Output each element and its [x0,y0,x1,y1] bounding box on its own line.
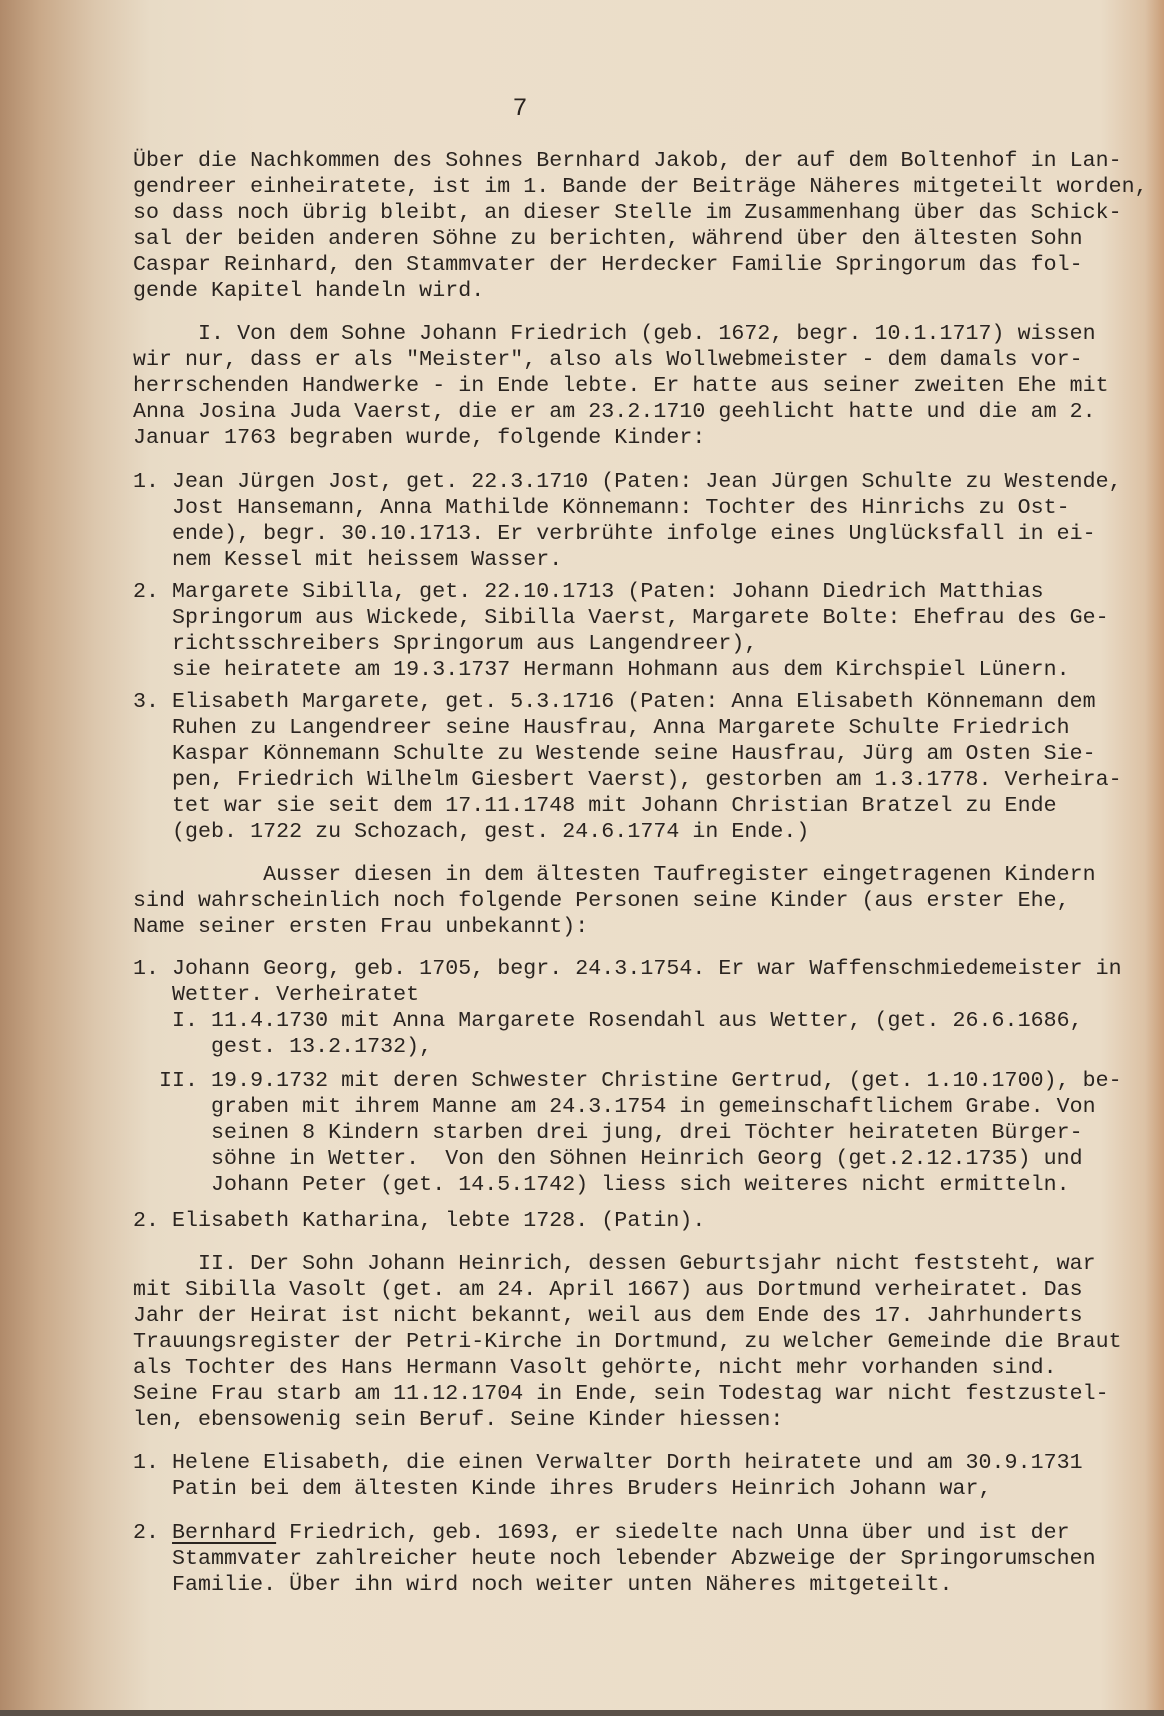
list-item-line: seinen 8 Kindern starben drei jung, drei… [133,1119,1083,1148]
text-line: mit Sibilla Vasolt (get. am 24. April 16… [133,1276,1083,1305]
list-item-line: 2. Margarete Sibilla, get. 22.10.1713 (P… [133,578,1044,607]
list-item-line: 3. Elisabeth Margarete, get. 5.3.1716 (P… [133,688,1096,717]
list-item-line: II. 19.9.1732 mit deren Schwester Christ… [133,1067,1122,1096]
list-item-line: 2. Elisabeth Katharina, lebte 1728. (Pat… [133,1207,705,1236]
text-line: als Tochter des Hans Hermann Vasolt gehö… [133,1354,1057,1383]
list-item-line: 1. Jean Jürgen Jost, get. 22.3.1710 (Pat… [133,468,1122,497]
list-item-line: graben mit ihrem Manne am 24.3.1754 in g… [133,1093,1096,1122]
list-item-line: Familie. Über ihn wird noch weiter unten… [133,1571,953,1600]
text-line: gende Kapitel handeln wird. [133,277,484,306]
list-item-line: nem Kessel mit heissem Wasser. [133,546,562,575]
list-item-line: sie heiratete am 19.3.1737 Hermann Hohma… [133,656,1070,685]
text-line: len, ebensowenig sein Beruf. Seine Kinde… [133,1406,783,1435]
text-line: Über die Nachkommen des Sohnes Bernhard … [133,147,1122,176]
list-item-text: Friedrich, geb. 1693, er siedelte nach U… [276,1521,1070,1545]
list-item-line: (geb. 1722 zu Schozach, gest. 24.6.1774 … [133,818,809,847]
text-line: Jahr der Heirat ist nicht bekannt, weil … [133,1302,1083,1331]
list-item-line: Ruhen zu Langendreer seine Hausfrau, Ann… [133,714,1070,743]
text-line: gendreer einheiratete, ist im 1. Bande d… [133,173,1148,202]
list-item-line: 1. Helene Elisabeth, die einen Verwalter… [133,1449,1083,1478]
list-item-line: tet war sie seit dem 17.11.1748 mit Joha… [133,792,1057,821]
text-line: Trauungsregister der Petri-Kirche in Dor… [133,1328,1122,1357]
list-item-line: gest. 13.2.1732), [133,1033,432,1062]
list-item-line: I. 11.4.1730 mit Anna Margarete Rosendah… [133,1007,1083,1036]
text-line: Januar 1763 begraben wurde, folgende Kin… [133,424,705,453]
list-item-line: Patin bei dem ältesten Kinde ihres Brude… [133,1475,992,1504]
text-line: II. Der Sohn Johann Heinrich, dessen Geb… [133,1250,1096,1279]
list-item-line: ende), begr. 30.10.1713. Er verbrühte in… [133,520,1096,549]
list-item-line: Jost Hansemann, Anna Mathilde Könnemann:… [133,494,1070,523]
text-line: Caspar Reinhard, den Stammvater der Herd… [133,251,1083,280]
text-line: sal der beiden anderen Söhne zu berichte… [133,225,1083,254]
list-number: 2. [133,1521,172,1545]
list-item-line: Stammvater zahlreicher heute noch lebend… [133,1545,1096,1574]
page-number: 7 [0,94,1040,124]
list-item-line: Kaspar Könnemann Schulte zu Westende sei… [133,740,1096,769]
list-item-line: richtsschreibers Springorum aus Langendr… [133,630,757,659]
list-item-line: Wetter. Verheiratet [133,981,419,1010]
document-page: 7 Über die Nachkommen des Sohnes Bernhar… [0,0,1164,1716]
list-item-line: söhne in Wetter. Von den Söhnen Heinrich… [133,1145,1083,1174]
list-item-line: pen, Friedrich Wilhelm Giesbert Vaerst),… [133,766,1122,795]
text-line: wir nur, dass er als "Meister", also als… [133,346,1083,375]
text-line: Ausser diesen in dem ältesten Taufregist… [133,861,1096,890]
underlined-name: Bernhard [172,1521,276,1545]
text-line: herrschenden Handwerke - in Ende lebte. … [133,372,1109,401]
text-line: Seine Frau starb am 11.12.1704 in Ende, … [133,1380,1109,1409]
text-line: Anna Josina Juda Vaerst, die er am 23.2.… [133,398,1096,427]
list-item-line: 1. Johann Georg, geb. 1705, begr. 24.3.1… [133,955,1122,984]
list-item-line: 2. Bernhard Friedrich, geb. 1693, er sie… [133,1519,1070,1548]
text-line: Name seiner ersten Frau unbekannt): [133,913,588,942]
text-line: so dass noch übrig bleibt, an dieser Ste… [133,199,1122,228]
text-line: I. Von dem Sohne Johann Friedrich (geb. … [133,320,1096,349]
list-item-line: Springorum aus Wickede, Sibilla Vaerst, … [133,604,1109,633]
list-item-line: Johann Peter (get. 14.5.1742) liess sich… [133,1171,1070,1200]
text-line: sind wahrscheinlich noch folgende Person… [133,887,1070,916]
